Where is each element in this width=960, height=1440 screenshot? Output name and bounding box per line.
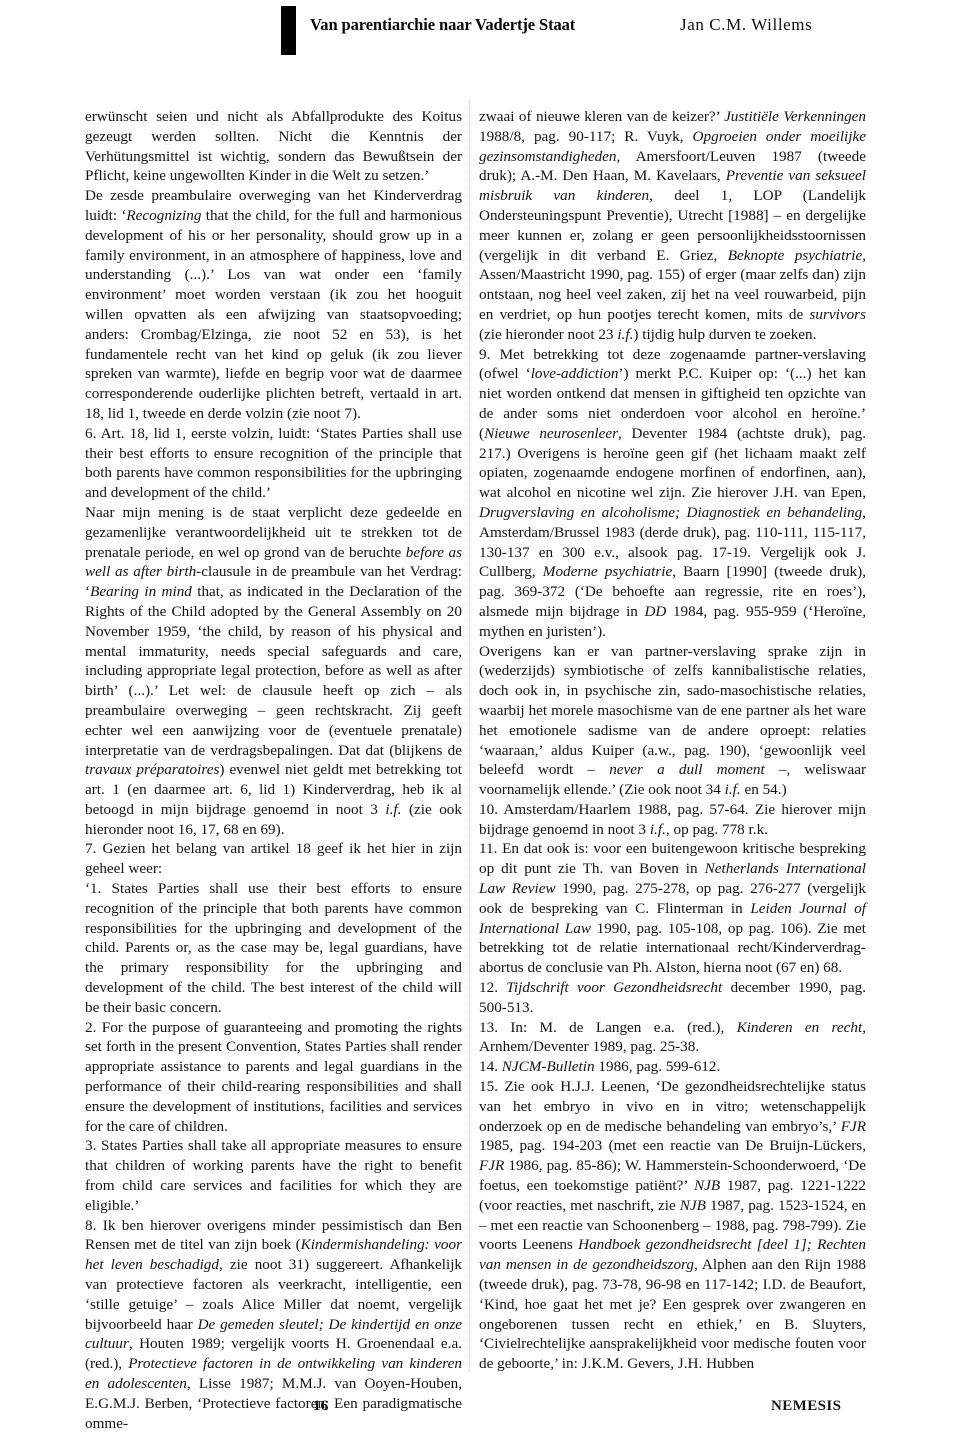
column-divider: [469, 100, 470, 1372]
paragraph: erwünscht seien und nicht als Abfallprod…: [85, 107, 462, 186]
paragraph: De zesde preambulaire overweging van het…: [85, 186, 462, 424]
paragraph: 2. For the purpose of guaranteeing and p…: [85, 1018, 462, 1137]
paragraph: 7. Gezien het belang van artikel 18 geef…: [85, 839, 462, 879]
text-column-right: zwaai of nieuwe kleren van de keizer?’ J…: [479, 107, 866, 1374]
paragraph: Overigens kan er van partner-verslaving …: [479, 642, 866, 800]
article-author: Jan C.M. Willems: [680, 15, 812, 35]
paragraph: 3. States Parties shall take all appropr…: [85, 1136, 462, 1215]
journal-name: NEMESIS: [771, 1398, 841, 1415]
paragraph: 8. Ik ben hierover overigens minder pess…: [85, 1216, 462, 1434]
text-column-left: erwünscht seien und nicht als Abfallprod…: [85, 107, 462, 1433]
article-title: Van parentiarchie naar Vadertje Staat: [310, 15, 575, 35]
paragraph: 12. Tijdschrift voor Gezondheidsrecht de…: [479, 978, 866, 1018]
paragraph: ‘1. States Parties shall use their best …: [85, 879, 462, 1018]
paragraph: Naar mijn mening is de staat verplicht d…: [85, 503, 462, 840]
paragraph: 13. In: M. de Langen e.a. (red.), Kinder…: [479, 1018, 866, 1058]
section-marker-icon: [281, 6, 296, 55]
paragraph: 6. Art. 18, lid 1, eerste volzin, luidt:…: [85, 424, 462, 503]
paragraph: 10. Amsterdam/Haarlem 1988, pag. 57-64. …: [479, 800, 866, 840]
paragraph: 9. Met betrekking tot deze zogenaamde pa…: [479, 345, 866, 642]
paragraph: 11. En dat ook is: voor een buitengewoon…: [479, 839, 866, 978]
page-number: 16: [313, 1398, 328, 1415]
paragraph: zwaai of nieuwe kleren van de keizer?’ J…: [479, 107, 866, 345]
paragraph: 14. NJCM-Bulletin 1986, pag. 599-612.: [479, 1057, 866, 1077]
paragraph: 15. Zie ook H.J.J. Leenen, ‘De gezondhei…: [479, 1077, 866, 1374]
document-page: Van parentiarchie naar Vadertje Staat Ja…: [0, 0, 960, 1440]
